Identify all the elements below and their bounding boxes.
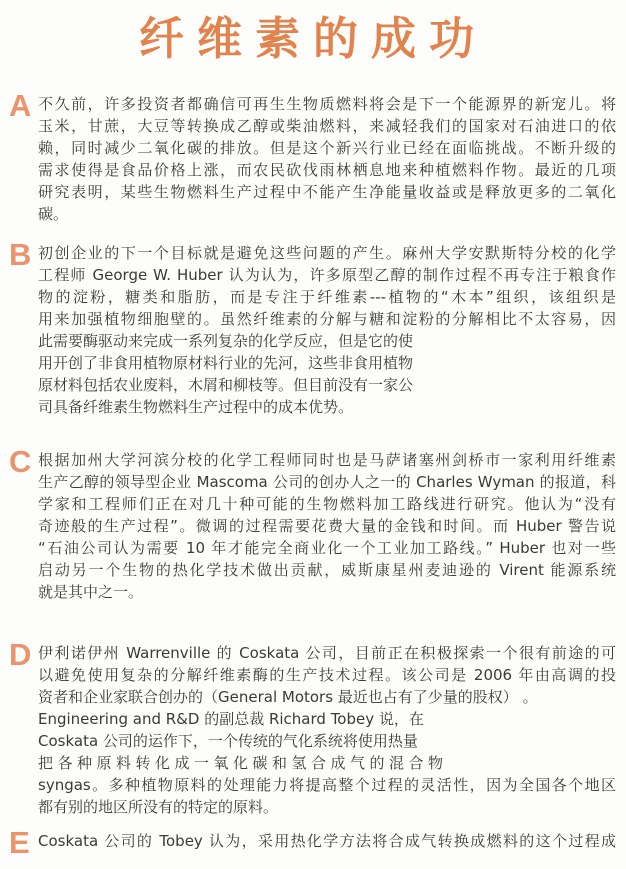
- paragraph-label-d: D: [9, 638, 31, 672]
- text-line: 奇迹般的生产过程”。微调的过程需要花费大量的金钱和时间。而 Huber 警告说: [38, 515, 616, 537]
- page-title: 纤维素的成功: [0, 10, 626, 68]
- text-line: syngas。多种植物原料的处理能力将提高整个过程的灵活性，因为全国各个地区: [38, 774, 616, 796]
- text-line: 用来加强植物细胞壁的。虽然纤维素的分解与糖和淀粉的分解相比不太容易，因: [38, 308, 616, 330]
- paragraph-label-a: A: [9, 89, 31, 123]
- paragraph-label-c: C: [9, 445, 31, 479]
- text-line: 用开创了非食用植物原材料行业的先河，这些非食用植物: [38, 352, 616, 374]
- paragraph-label-b: B: [9, 238, 31, 272]
- text-line: Engineering and R&D 的副总裁 Richard Tobey 说…: [38, 708, 616, 730]
- text-line: 物的淀粉，糖类和脂肪，而是专注于纤维素---植物的“木本”组织，该组织是: [38, 286, 616, 308]
- text-line: 玉米，甘蔗，大豆等转换成乙醇或柴油燃料，来减轻我们的国家对石油进口的依: [38, 115, 616, 137]
- text-line: 伊利诺伊州 Warrenville 的 Coskata 公司，目前正在积极探索一…: [38, 642, 616, 664]
- text-line: 把各种原料转化成一氧化碳和氢合成气的混合物: [38, 752, 616, 774]
- text-line: 启动另一个生物的热化学技术做出贡献，威斯康星州麦迪逊的 Virent 能源系统: [38, 559, 616, 581]
- text-line: 赖，同时减少二氧化碳的排放。但是这个新兴行业已经在面临挑战。不断升级的: [38, 137, 616, 159]
- paragraph-e-lines: Coskata 公司的 Tobey 认为，采用热化学方法将合成气转换成燃料的这个…: [38, 830, 616, 852]
- scanned-document-page: 纤维素的成功 A 不久前，许多投资者都确信可再生生物质燃料将会是下一个能源界的新…: [0, 0, 626, 869]
- text-line: 需求使得是食品价格上涨，而农民砍伐雨林栖息地来种植燃料作物。最近的几项: [38, 159, 616, 181]
- text-line: Coskata 公司的 Tobey 认为，采用热化学方法将合成气转换成燃料的这个…: [38, 830, 616, 852]
- text-line: 根据加州大学河滨分校的化学工程师同时也是马萨诸塞州剑桥市一家利用纤维素: [38, 449, 616, 471]
- text-line: 生产乙醇的领导型企业 Mascoma 公司的创办人之一的 Charles Wym…: [38, 471, 616, 493]
- text-line: 原材料包括农业废料，木屑和柳枝等。但目前没有一家公: [38, 374, 616, 396]
- paragraph-b-lines: 初创企业的下一个目标就是避免这些问题的产生。麻州大学安默斯特分校的化学 工程师 …: [38, 242, 616, 418]
- text-line: 研究表明，某些生物燃料生产过程中不能产生净能量收益或是释放更多的二氧化: [38, 181, 616, 203]
- paragraph-c-lines: 根据加州大学河滨分校的化学工程师同时也是马萨诸塞州剑桥市一家利用纤维素 生产乙醇…: [38, 449, 616, 603]
- text-line: 工程师 George W. Huber 认为认为，许多原型乙醇的制作过程不再专注…: [38, 264, 616, 286]
- paragraph-label-e: E: [9, 826, 30, 860]
- text-line: 此需要酶驱动来完成一系列复杂的化学反应，但是它的使: [38, 330, 616, 352]
- text-line: 不久前，许多投资者都确信可再生生物质燃料将会是下一个能源界的新宠儿。将: [38, 93, 616, 115]
- text-line: 资者和企业家联合创办的（General Motors 最近也占有了少量的股权） …: [38, 686, 616, 708]
- text-line: 司具备纤维素生物燃料生产过程中的成本优势。: [38, 396, 616, 418]
- text-line: 碳。: [38, 203, 616, 225]
- text-line: 都有别的地区所没有的特定的原料。: [38, 796, 616, 818]
- text-line: 以避免使用复杂的分解纤维素酶的生产技术过程。该公司是 2006 年由高调的投: [38, 664, 616, 686]
- paragraph-d-lines: 伊利诺伊州 Warrenville 的 Coskata 公司，目前正在积极探索一…: [38, 642, 616, 818]
- text-line: 初创企业的下一个目标就是避免这些问题的产生。麻州大学安默斯特分校的化学: [38, 242, 616, 264]
- text-line: 就是其中之一。: [38, 581, 616, 603]
- paragraph-a-lines: 不久前，许多投资者都确信可再生生物质燃料将会是下一个能源界的新宠儿。将 玉米，甘…: [38, 93, 616, 225]
- text-line: 学家和工程师们正在对几十种可能的生物燃料加工路线进行研究。他认为“没有: [38, 493, 616, 515]
- text-line: Coskata 公司的运作下，一个传统的气化系统将使用热量: [38, 730, 616, 752]
- text-line: “石油公司认为需要 10 年才能完全商业化一个工业加工路线。” Huber 也对…: [38, 537, 616, 559]
